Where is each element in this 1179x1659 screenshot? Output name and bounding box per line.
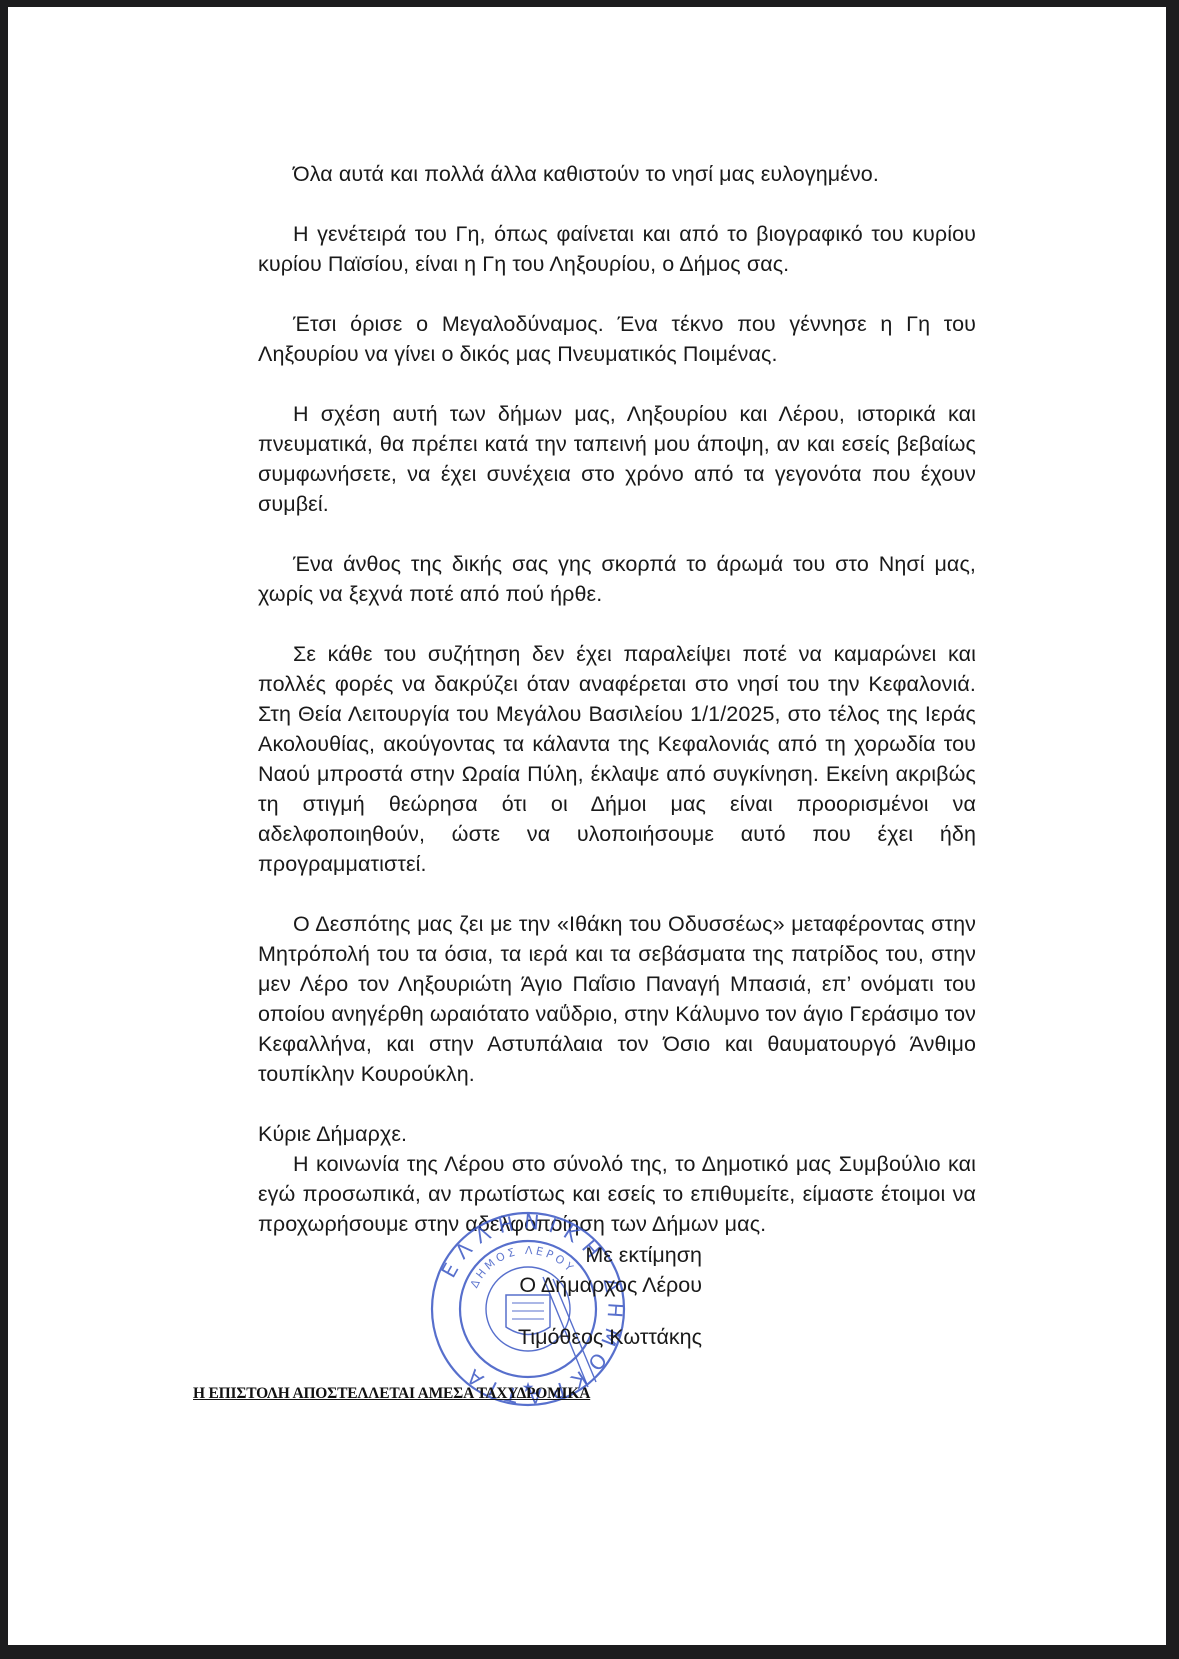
paragraph-5: Ένα άνθος της δικής σας γης σκορπά το άρ…: [258, 549, 976, 609]
letter-body: Όλα αυτά και πολλά άλλα καθιστούν το νησ…: [258, 159, 976, 1239]
letter-page: Όλα αυτά και πολλά άλλα καθιστούν το νησ…: [8, 7, 1166, 1645]
signature-title: Ο Δήμαρχος Λέρου: [518, 1270, 702, 1300]
signature-name: Τιμόθεος Κωττάκης: [518, 1322, 702, 1352]
footer-mailing-note: Η ΕΠΙΣΤΟΛΗ ΑΠΟΣΤΕΛΛΕΤΑΙ ΑΜΕΣΑ ΤΑΧΥΔΡΟΜΙΚ…: [193, 1385, 590, 1403]
signature-regards: Με εκτίμηση: [518, 1240, 702, 1270]
paragraph-6: Σε κάθε του συζήτηση δεν έχει παραλείψει…: [258, 639, 976, 879]
paragraph-3: Έτσι όρισε ο Μεγαλοδύναμος. Ένα τέκνο πο…: [258, 309, 976, 369]
signature-block: Με εκτίμηση Ο Δήμαρχος Λέρου Τιμόθεος Κω…: [518, 1240, 702, 1352]
paragraph-7: Ο Δεσπότης μας ζει με την «Ιθάκη του Οδυ…: [258, 909, 976, 1089]
paragraph-2: Η γενέτειρά του Γη, όπως φαίνεται και απ…: [258, 219, 976, 279]
salutation: Κύριε Δήμαρχε.: [258, 1119, 976, 1149]
paragraph-4: Η σχέση αυτή των δήμων μας, Ληξουρίου κα…: [258, 399, 976, 519]
paragraph-1: Όλα αυτά και πολλά άλλα καθιστούν το νησ…: [258, 159, 976, 189]
